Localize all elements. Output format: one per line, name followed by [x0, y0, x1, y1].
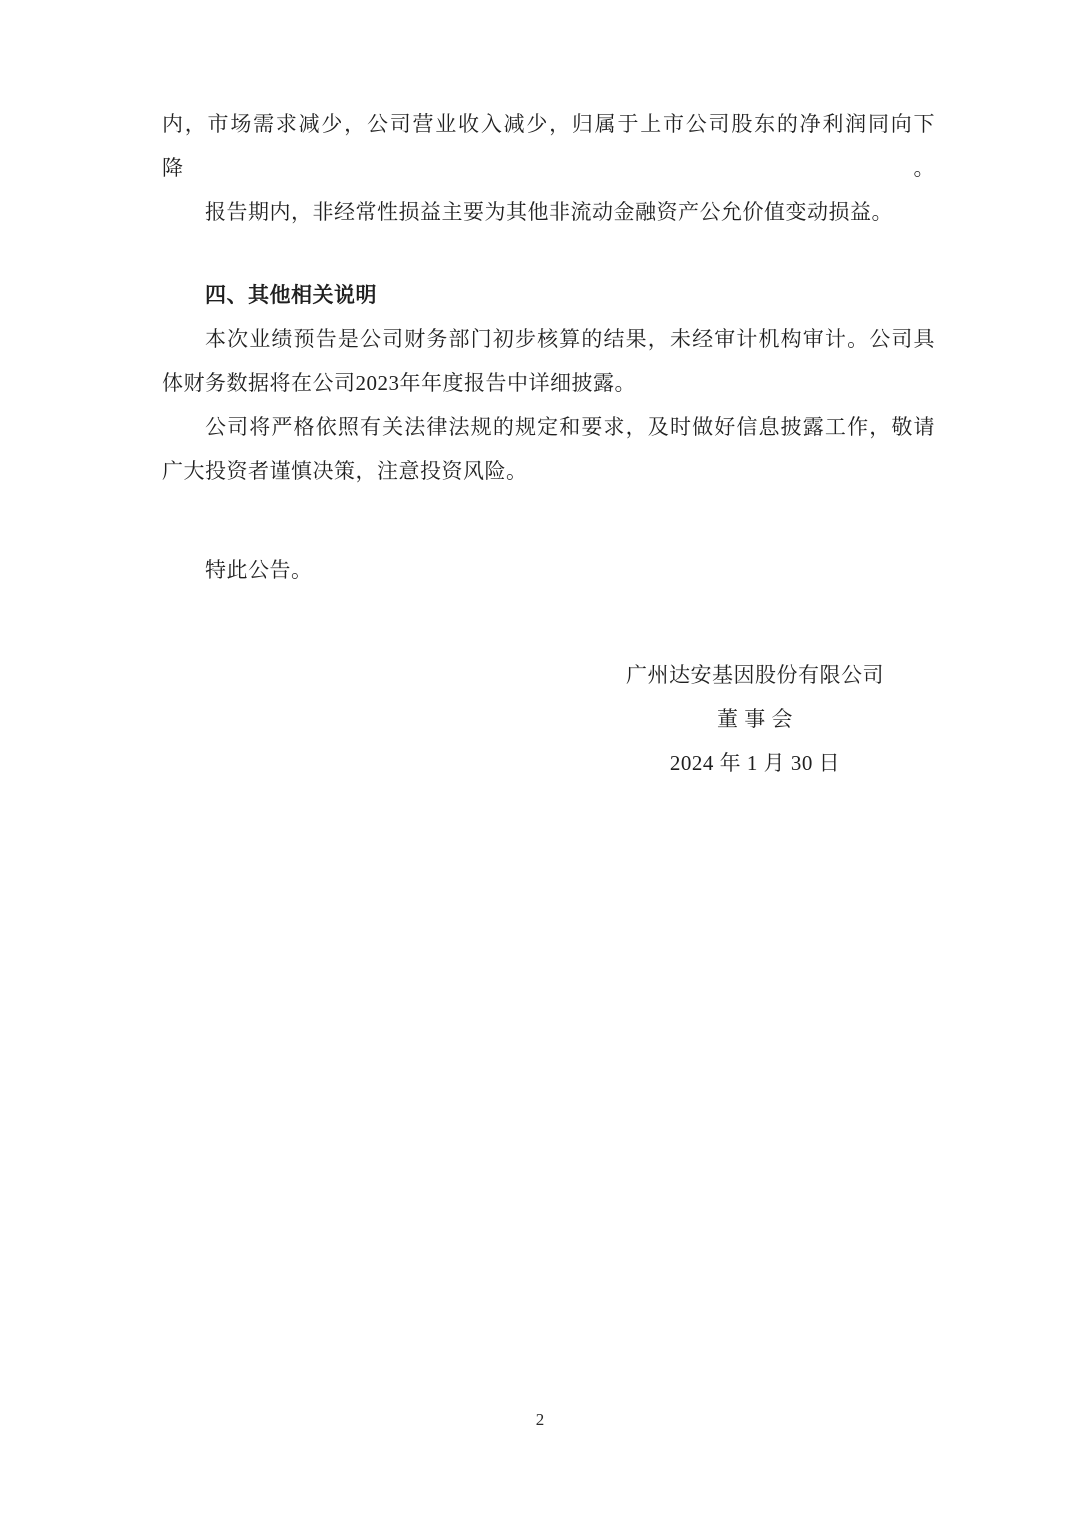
paragraph-continuation-line: 内，市场需求减少，公司营业收入减少，归属于上市公司股东的净利润同向下降。 [162, 102, 935, 190]
document-body: 内，市场需求减少，公司营业收入减少，归属于上市公司股东的净利润同向下降。 报告期… [0, 0, 1080, 785]
signature-block: 广州达安基因股份有限公司 董 事 会 2024 年 1 月 30 日 [575, 653, 935, 785]
section-heading: 四、其他相关说明 [162, 273, 935, 317]
document-page: 内，市场需求减少，公司营业收入减少，归属于上市公司股东的净利润同向下降。 报告期… [0, 0, 1080, 1527]
signature-company-name: 广州达安基因股份有限公司 [575, 653, 935, 697]
page-number: 2 [0, 1408, 1080, 1432]
signature-date: 2024 年 1 月 30 日 [575, 741, 935, 785]
paragraph-forecast-line-2: 体财务数据将在公司2023年年度报告中详细披露。 [162, 361, 935, 405]
paragraph-disclosure-line-1: 公司将严格依照有关法律法规的规定和要求，及时做好信息披露工作，敬请 [162, 405, 935, 449]
paragraph-nonrecurring-line: 报告期内，非经常性损益主要为其他非流动金融资产公允价值变动损益。 [162, 190, 935, 234]
closing-statement: 特此公告。 [162, 548, 935, 592]
paragraph-forecast-line-1: 本次业绩预告是公司财务部门初步核算的结果，未经审计机构审计。公司具 [162, 317, 935, 361]
signature-board: 董 事 会 [575, 697, 935, 741]
paragraph-disclosure-line-2: 广大投资者谨慎决策，注意投资风险。 [162, 449, 935, 493]
